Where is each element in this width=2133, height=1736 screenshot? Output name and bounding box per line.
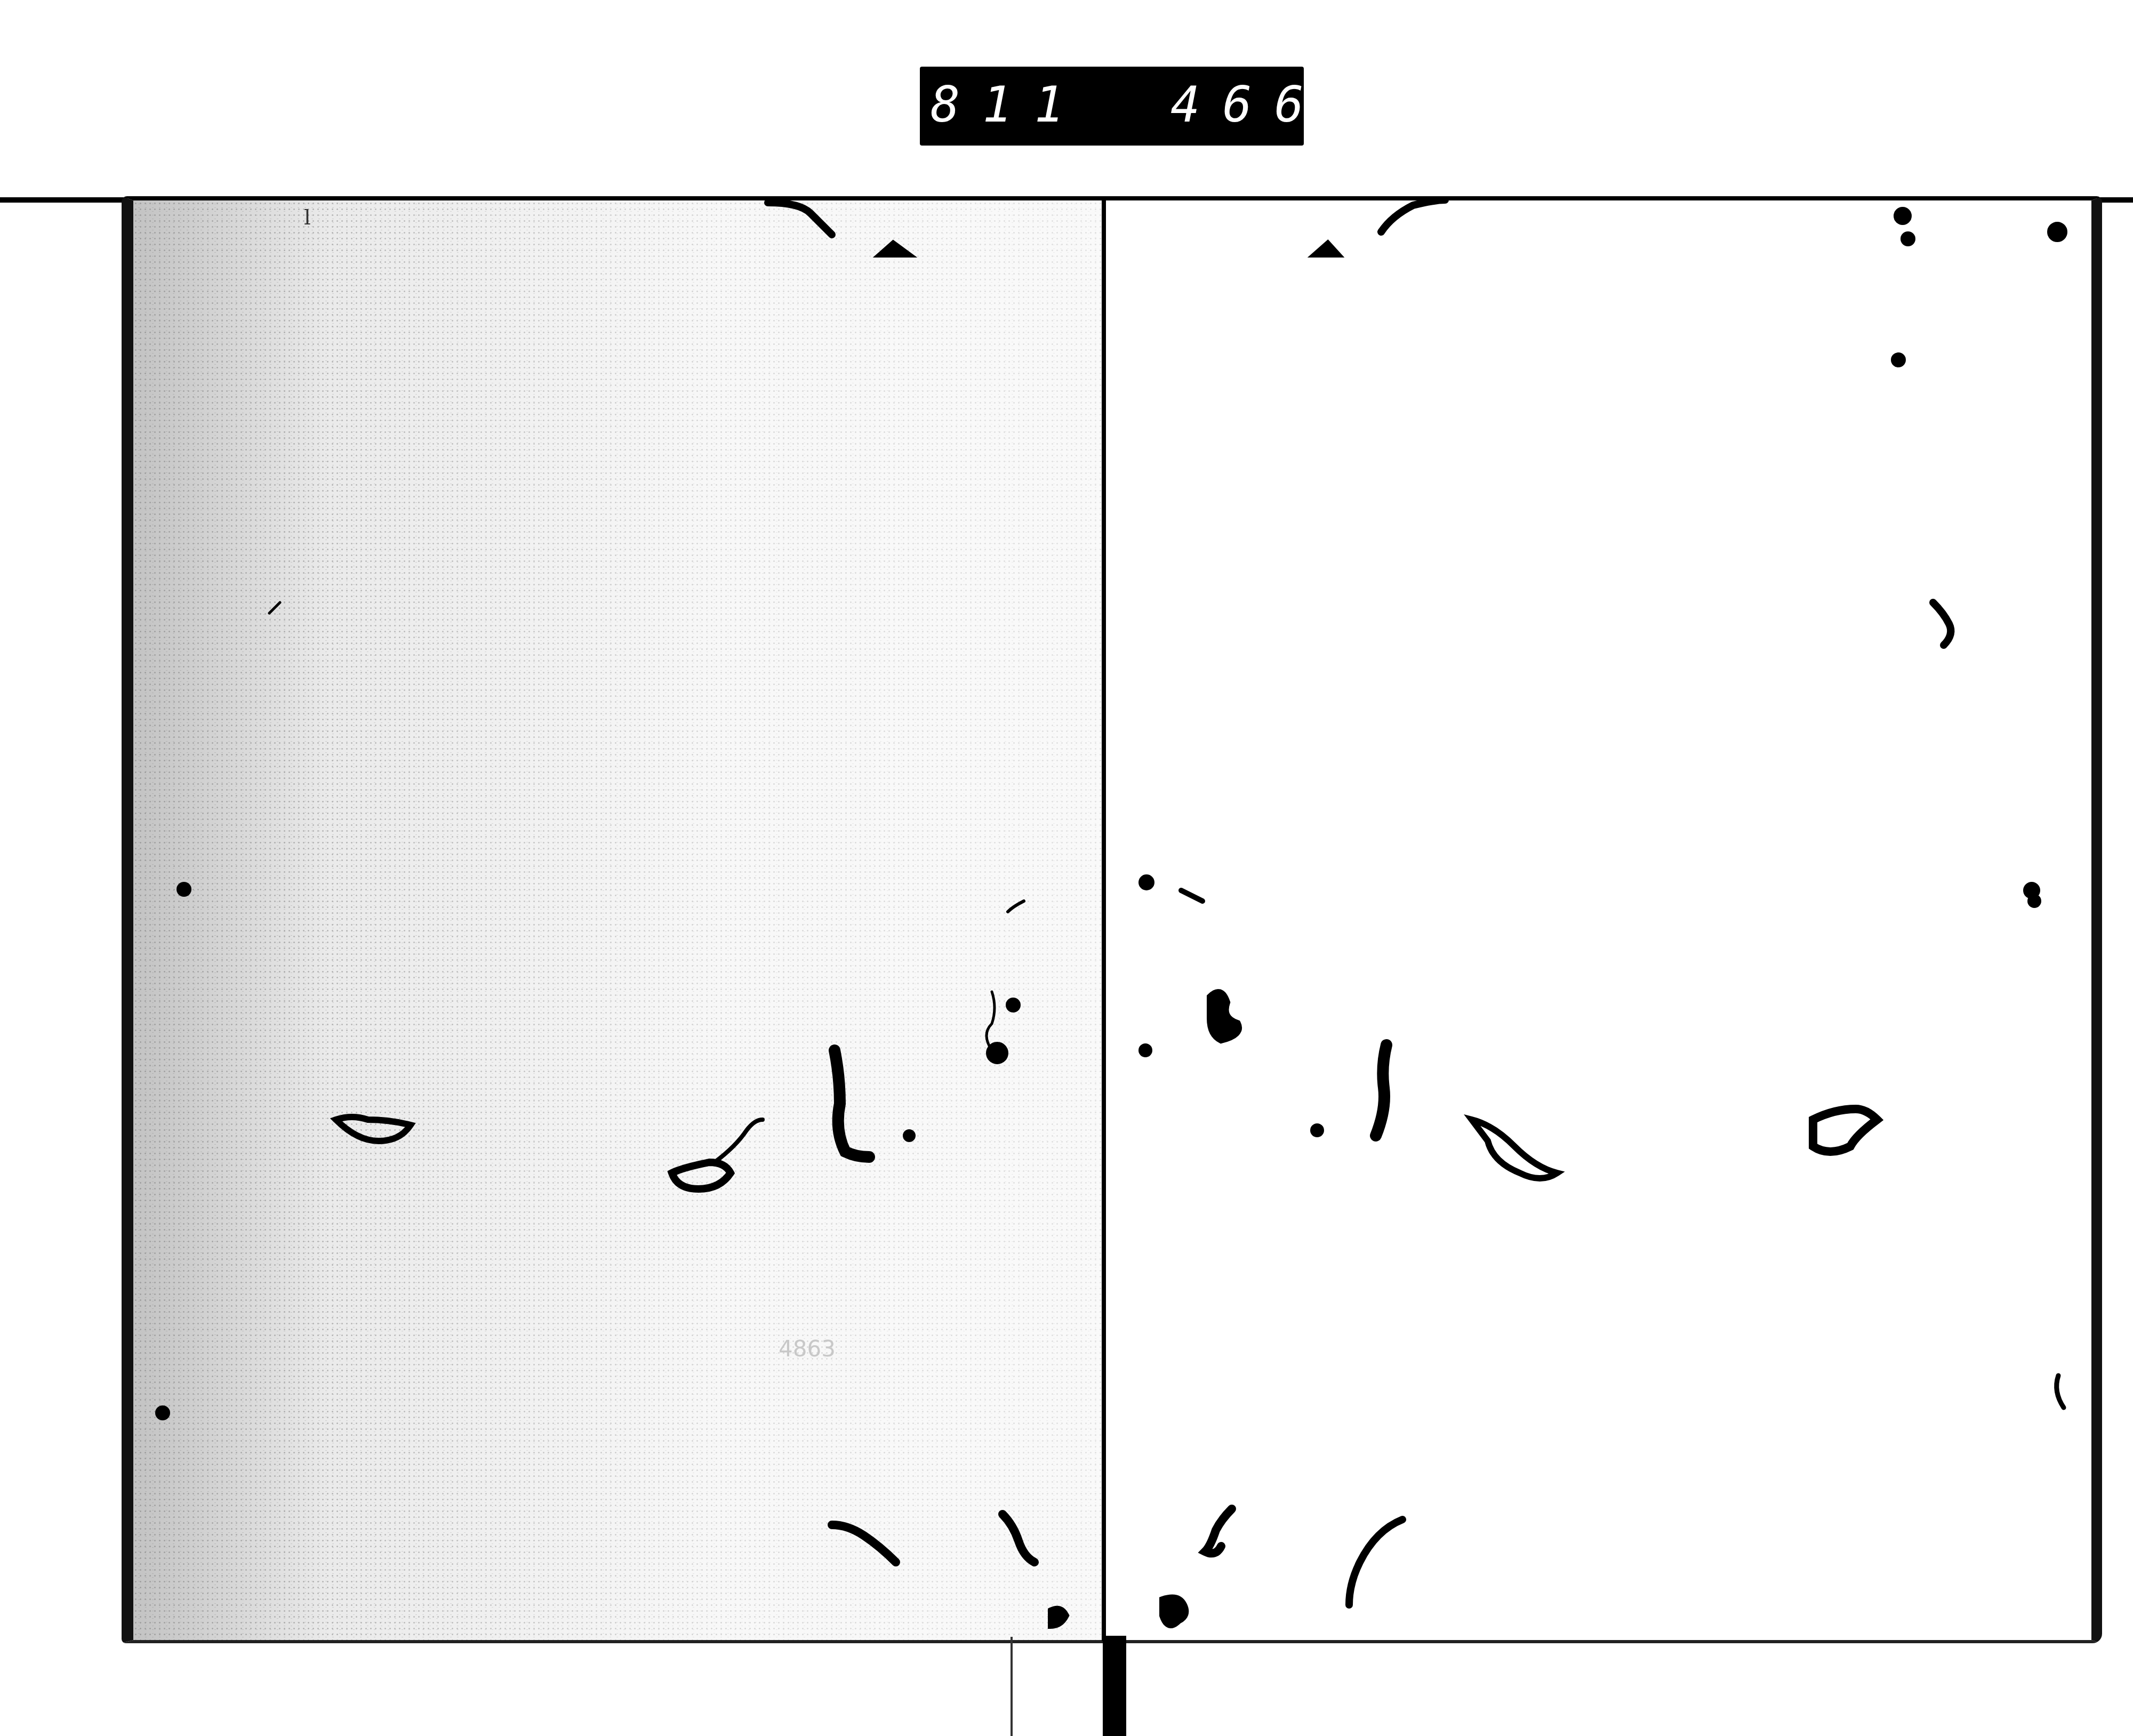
stain-blots	[0, 0, 2133, 1736]
